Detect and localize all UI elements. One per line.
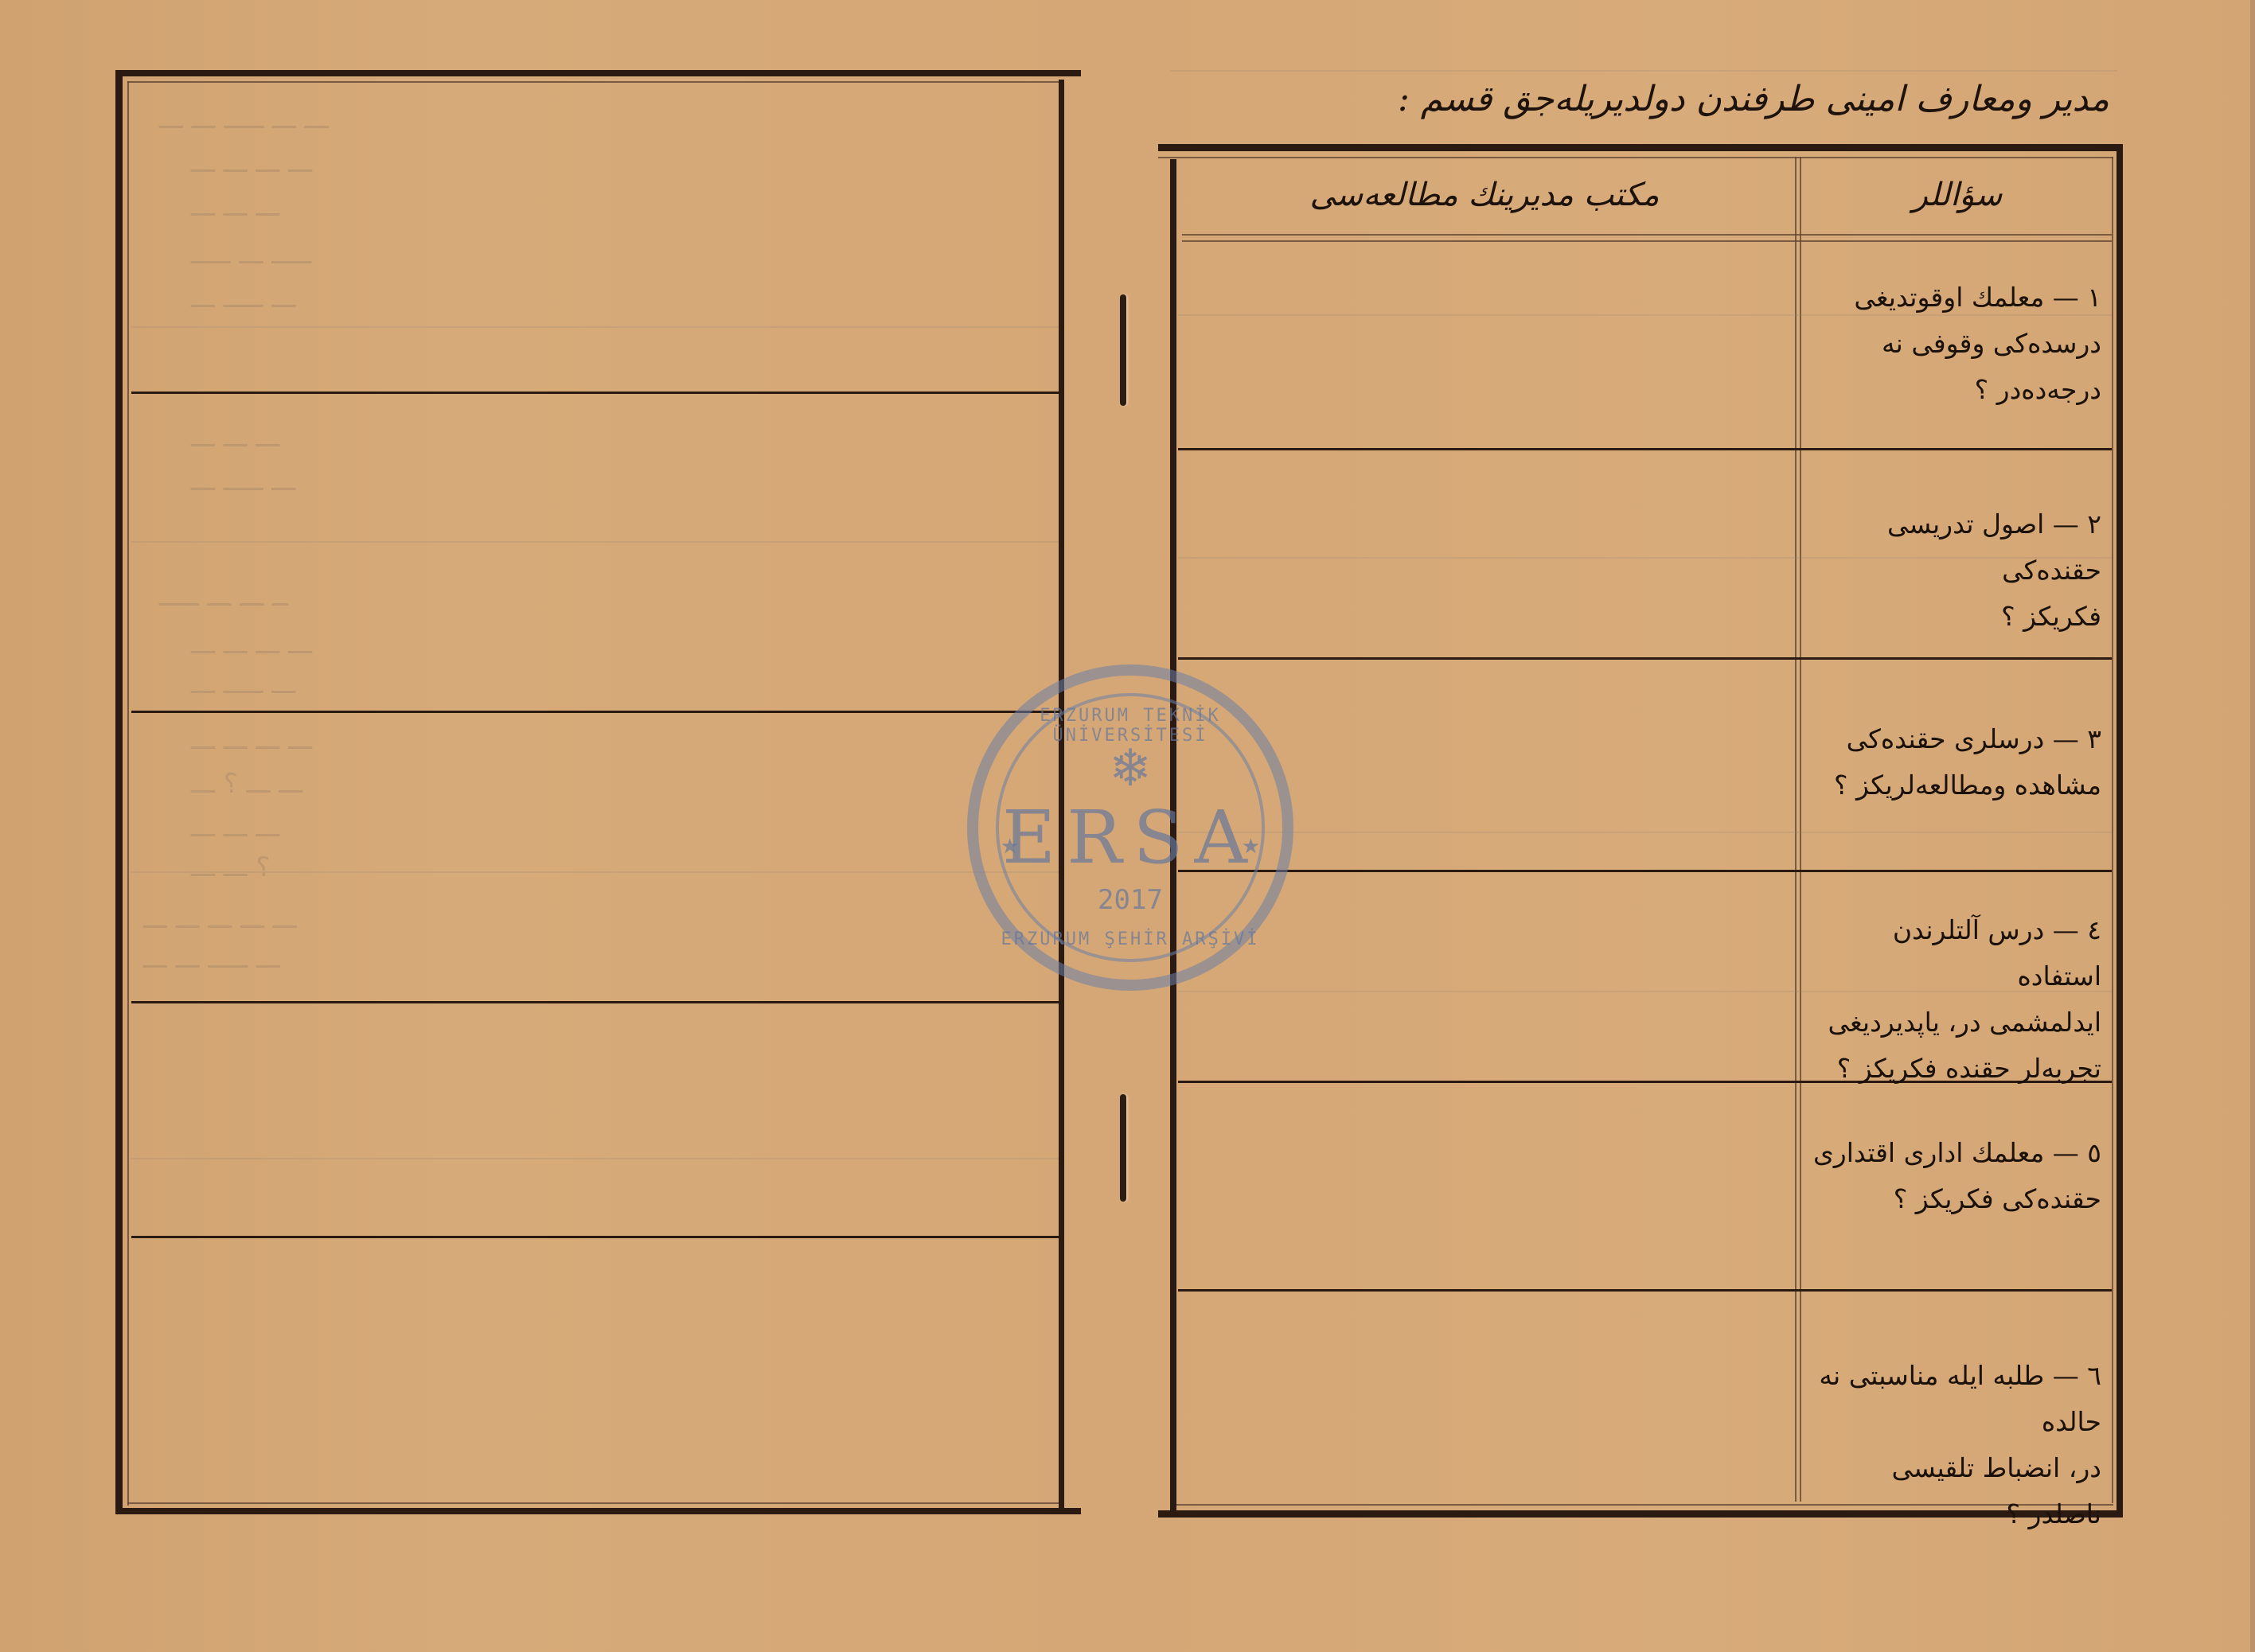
question-line: تجربەلر حقندە فكریكز ؟ [1811, 1046, 2101, 1092]
left-left-border [115, 70, 123, 1512]
bleed-through-text: ـــ ـــ ـــ ـــ [191, 724, 312, 756]
left-left-inner-line [127, 81, 129, 1506]
left-page [0, 0, 1130, 1652]
bleed-through-text: ـــ ـــــ ـــ [191, 668, 295, 700]
row-line-5 [1178, 1289, 2112, 1292]
bleed-through-text: ـــ ـــــ ـــ ـــ [143, 943, 280, 975]
star-icon: ★ [1001, 835, 1019, 859]
archive-stamp: ERZURUM TEKNİK ÜNİVERSİTESİ ❄ ERSA ★ ★ 2… [967, 664, 1293, 991]
left-row-line-3 [131, 1001, 1059, 1003]
left-top-inner-line [127, 81, 1059, 83]
question-cell-1: ١ — معلمك اوقوتدیغی درسدەكی وقوفی نە درج… [1811, 275, 2101, 413]
question-line: ایدلمشمی در، یاپدیردیغی [1811, 999, 2101, 1046]
question-line: درجەدەدر ؟ [1811, 367, 2101, 413]
question-cell-3: ٣ — درسلری حقندەكی مشاهدە ومطالعەلریكز ؟ [1811, 716, 2101, 808]
bleed-line [1170, 70, 2117, 72]
table-top-border [1158, 144, 2121, 151]
header-line-upper [1182, 234, 2112, 236]
question-cell-5: ٥ — معلمك اداری اقتداری حقندەكی فكریكز ؟ [1811, 1130, 2101, 1222]
bleed-through-text: ـــ ـــ ـــ ـــ [191, 629, 312, 660]
bleed-through-text: ؟ ـــ ـــ [191, 851, 270, 883]
left-row-line-1 [131, 392, 1059, 394]
answer-cell-5[interactable] [1178, 1084, 1793, 1288]
bleed-through-text: ـــ ـــ ـــ [191, 812, 279, 844]
bleed-line [131, 326, 1059, 328]
stamp-year: 2017 [978, 884, 1282, 916]
bleed-through-text: ـــ ـــ ـــ [191, 191, 279, 223]
bleed-through-text: ـــ ـــ ؟ ـــ [191, 768, 302, 800]
bleed-through-text: ــ ـــ ـــ ـــــ [159, 581, 288, 613]
header-questions: سؤاللر [1803, 159, 2112, 231]
left-row-line-4 [131, 1236, 1059, 1238]
question-line: ٦ — طلبە ایلە مناسبتی نە حالدە [1811, 1353, 2101, 1445]
header-director-observation: مکتب مدیرینك مطالعەسی [1178, 159, 1791, 231]
bleed-through-text: ـــ ـــ ـــ ـــ [191, 147, 312, 179]
snowflake-icon: ❄ [978, 739, 1282, 798]
question-line: درسدەكی وقوفی نە [1811, 321, 2101, 367]
left-top-border [115, 70, 1081, 76]
column-divider-left [1795, 157, 1797, 1502]
question-cell-2: ٢ — اصول تدریسی حقندەكی فكریكز ؟ [1811, 501, 2101, 640]
bleed-line [131, 1158, 1059, 1159]
left-bottom-border [115, 1508, 1081, 1514]
row-line-2 [1178, 657, 2112, 660]
bleed-through-text: ـــــ ـــ ـــــ [191, 239, 311, 271]
table-top-inner-line [1158, 157, 2113, 158]
bleed-through-text: ـــ ـــ ـــــ ـــ ـــ [159, 103, 329, 135]
question-line: ٣ — درسلری حقندەكی [1811, 716, 2101, 762]
header-line-lower [1182, 240, 2112, 242]
bleed-through-text: ـــ ـــ ـــ [191, 422, 279, 454]
question-line: ١ — معلمك اوقوتدیغی [1811, 275, 2101, 321]
bleed-through-text: ـــ ـــــ ـــ [191, 466, 295, 497]
section-title: مدیر ومعارف امینی طرفندن دولدیریلەجق قسم… [1242, 68, 2109, 131]
answer-cell-1[interactable] [1178, 244, 1793, 447]
question-line: در، انضباط تلقیسی ناصلدر ؟ [1811, 1445, 2101, 1537]
row-line-1 [1178, 448, 2112, 450]
row-line-3 [1178, 870, 2112, 872]
answer-cell-2[interactable] [1178, 451, 1793, 657]
stamp-bottom-arc-text: ERZURUM ŞEHİR ARŞİVİ [978, 929, 1282, 949]
question-line: مشاهدە ومطالعەلریكز ؟ [1811, 762, 2101, 808]
stamp-center-text: ERSA [978, 795, 1282, 880]
column-divider-right [1800, 157, 1801, 1502]
left-row-line-2 [131, 711, 1059, 713]
question-line: ٥ — معلمك اداری اقتداری [1811, 1130, 2101, 1176]
star-icon: ★ [1242, 835, 1260, 859]
bleed-through-text: ـــ ـــ ـــ ـــ ـــ [143, 903, 297, 935]
bleed-line [131, 541, 1059, 543]
table-right-inner-line [2112, 157, 2113, 1503]
question-cell-6: ٦ — طلبە ایلە مناسبتی نە حالدە در، انضبا… [1811, 1353, 2101, 1537]
question-line: ٤ — درس آلتلرندن استفادە [1811, 907, 2101, 999]
table-right-border [2117, 144, 2123, 1516]
staple-top [1120, 294, 1126, 406]
bleed-line [131, 871, 1059, 873]
staple-bottom [1120, 1094, 1126, 1202]
answer-cell-6[interactable] [1178, 1292, 1793, 1502]
question-cell-4: ٤ — درس آلتلرندن استفادە ایدلمشمی در، یا… [1811, 907, 2101, 1092]
bleed-through-text: ـــ ـــــ ـــ [191, 282, 295, 314]
question-line: حقندەكی فكریكز ؟ [1811, 1176, 2101, 1222]
question-line: فكریكز ؟ [1811, 594, 2101, 640]
question-line: ٢ — اصول تدریسی حقندەكی [1811, 501, 2101, 594]
left-bottom-inner-line [127, 1502, 1059, 1504]
